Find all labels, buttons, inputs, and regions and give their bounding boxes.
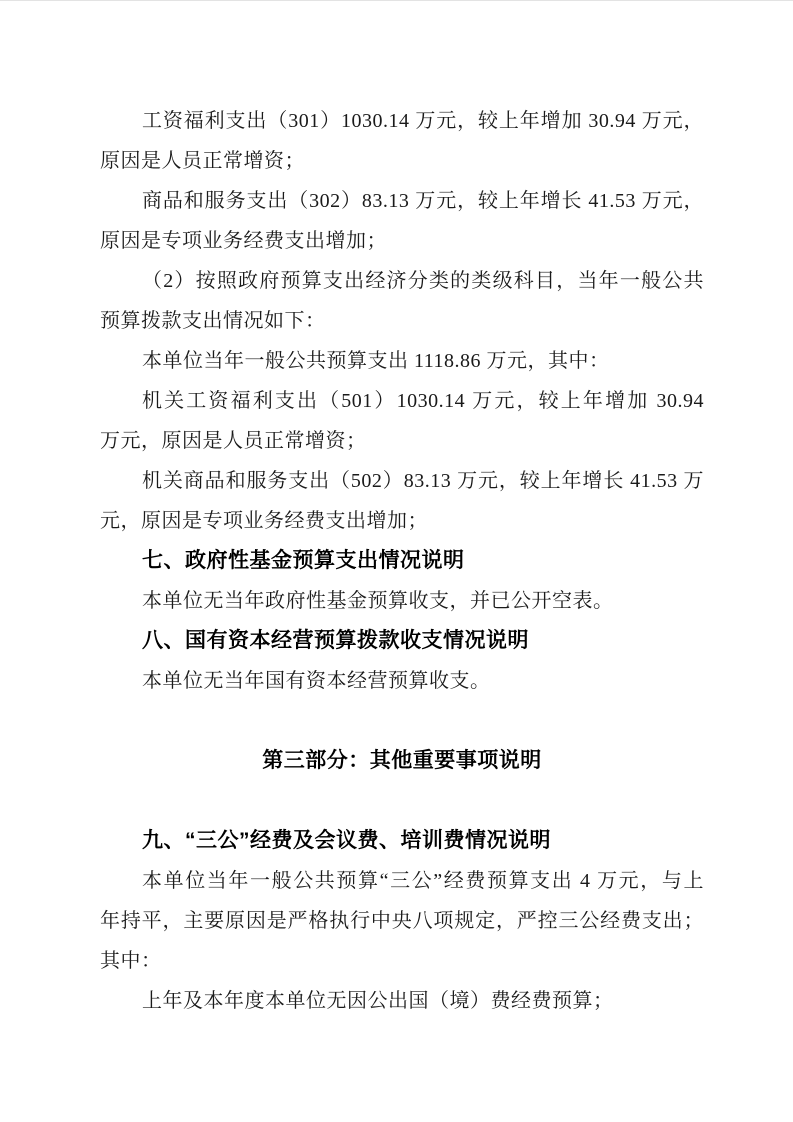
section-heading-nine: 九、“三公”经费及会议费、培训费情况说明 [100,821,704,861]
paragraph-line: 原因是专项业务经费支出增加； [100,221,704,261]
section-heading-eight: 八、国有资本经营预算拨款收支情况说明 [100,621,704,661]
paragraph-line: 原因是人员正常增资； [100,141,704,181]
paragraph-line: 机关商品和服务支出（502）83.13 万元，较上年增长 41.53 万 [100,461,704,501]
paragraph-line: 预算拨款支出情况如下： [100,301,704,341]
paragraph-line: 机关工资福利支出（501）1030.14 万元，较上年增加 30.94 [100,381,704,421]
paragraph-line: 元，原因是专项业务经费支出增加； [100,501,704,541]
blank-line [100,701,704,741]
document-content: 工资福利支出（301）1030.14 万元，较上年增加 30.94 万元， 原因… [100,101,704,1021]
paragraph-line: 万元，原因是人员正常增资； [100,421,704,461]
part-three-title: 第三部分：其他重要事项说明 [100,741,704,781]
paragraph-line: 本单位当年一般公共预算“三公”经费预算支出 4 万元，与上 [100,861,704,901]
page-top-edge [0,0,793,1]
document-page: 工资福利支出（301）1030.14 万元，较上年增加 30.94 万元， 原因… [0,0,793,1122]
paragraph-line: 本单位无当年政府性基金预算收支，并已公开空表。 [100,581,704,621]
blank-line [100,781,704,821]
paragraph-line: （2）按照政府预算支出经济分类的类级科目，当年一般公共 [100,261,704,301]
paragraph-line: 年持平，主要原因是严格执行中央八项规定，严控三公经费支出； [100,901,704,941]
paragraph-line: 工资福利支出（301）1030.14 万元，较上年增加 30.94 万元， [100,101,704,141]
section-heading-seven: 七、政府性基金预算支出情况说明 [100,541,704,581]
paragraph-line: 其中： [100,941,704,981]
paragraph-line: 上年及本年度本单位无因公出国（境）费经费预算； [100,981,704,1021]
paragraph-line: 本单位当年一般公共预算支出 1118.86 万元，其中： [100,341,704,381]
paragraph-line: 本单位无当年国有资本经营预算收支。 [100,661,704,701]
paragraph-line: 商品和服务支出（302）83.13 万元，较上年增长 41.53 万元， [100,181,704,221]
